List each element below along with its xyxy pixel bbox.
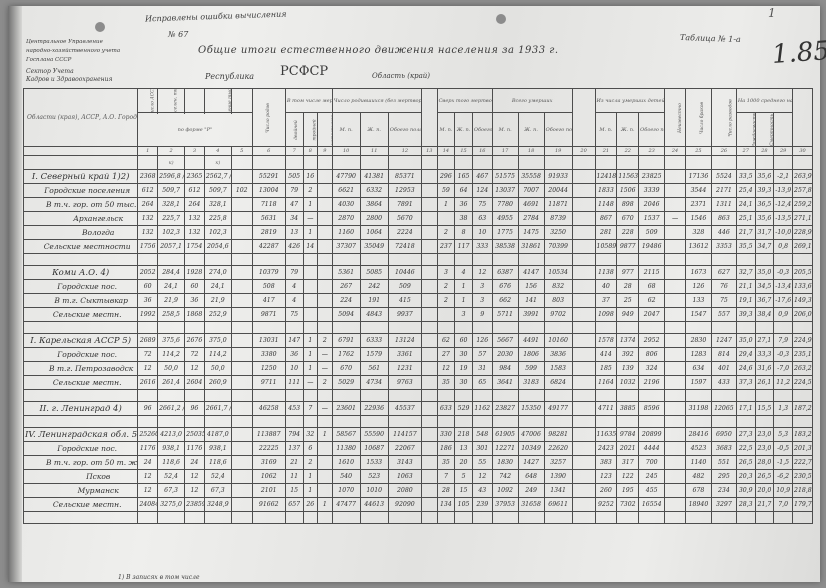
data-cell: 33,5 bbox=[736, 170, 755, 184]
data-cell bbox=[572, 376, 595, 390]
data-cell: 1 bbox=[303, 484, 318, 498]
subnote-cell bbox=[665, 156, 686, 170]
data-cell: 6621 bbox=[332, 184, 360, 198]
data-cell: 17136 bbox=[685, 170, 711, 184]
data-cell: 59 bbox=[437, 184, 455, 198]
data-cell: 648 bbox=[518, 470, 544, 484]
data-cell: 612 bbox=[185, 184, 205, 198]
data-cell bbox=[231, 428, 252, 442]
data-cell: 2952 bbox=[639, 334, 665, 348]
data-cell bbox=[422, 184, 438, 198]
region-name: Городские поселения bbox=[24, 184, 138, 198]
data-cell: 2819 bbox=[252, 226, 285, 240]
blank-cell bbox=[185, 322, 205, 334]
data-cell: 37953 bbox=[492, 498, 518, 512]
subnote-cell bbox=[388, 156, 421, 170]
data-cell: 35,0 bbox=[755, 266, 774, 280]
data-cell: 20 bbox=[455, 456, 473, 470]
data-cell: 22936 bbox=[360, 402, 388, 416]
blank-cell bbox=[492, 254, 518, 266]
data-cell: 467 bbox=[472, 170, 492, 184]
blank-cell bbox=[138, 416, 158, 428]
data-cell: 1427 bbox=[518, 456, 544, 470]
data-cell: 235,1 bbox=[793, 348, 813, 362]
data-cell: 10349 bbox=[518, 442, 544, 456]
blank-cell bbox=[774, 254, 793, 266]
data-cell: 1 bbox=[455, 294, 473, 308]
blank-cell bbox=[492, 322, 518, 334]
data-cell: 30 bbox=[455, 348, 473, 362]
data-cell: 114,2 bbox=[158, 348, 185, 362]
data-cell: 2604 bbox=[185, 376, 205, 390]
data-cell: 260,9 bbox=[204, 376, 231, 390]
blank-cell bbox=[617, 322, 639, 334]
data-cell: 228,9 bbox=[793, 226, 813, 240]
data-cell: 38,4 bbox=[755, 308, 774, 322]
data-cell bbox=[572, 402, 595, 416]
table-row: Сельские местн.1992258,51868252,99871755… bbox=[24, 308, 813, 322]
data-cell: 12 bbox=[437, 362, 455, 376]
subnote-cell bbox=[572, 156, 595, 170]
data-cell: 7 bbox=[437, 470, 455, 484]
data-cell bbox=[572, 184, 595, 198]
data-cell: 2800 bbox=[360, 212, 388, 226]
data-cell: 1250 bbox=[252, 362, 285, 376]
data-cell: 1138 bbox=[595, 266, 617, 280]
table-row: В т.ч. гор. от 50 тыс. жит.264328,126432… bbox=[24, 198, 813, 212]
data-cell bbox=[572, 226, 595, 240]
data-cell: 26 bbox=[303, 498, 318, 512]
column-header: четвернями bbox=[318, 113, 333, 147]
data-cell: 4147 bbox=[518, 266, 544, 280]
data-cell: 60 bbox=[455, 334, 473, 348]
data-cell bbox=[572, 334, 595, 348]
data-cell: 328 bbox=[685, 226, 711, 240]
subnote-cell bbox=[285, 156, 303, 170]
blank-cell bbox=[422, 512, 438, 524]
data-cell bbox=[665, 240, 686, 254]
table-row: Архангельск132225,7132225,8563134—287028… bbox=[24, 212, 813, 226]
data-cell: 16554 bbox=[639, 498, 665, 512]
group-header-stillbirths: Сверх того мертворожденных bbox=[437, 89, 492, 113]
data-cell: 37307 bbox=[332, 240, 360, 254]
data-cell: 1 bbox=[303, 334, 318, 348]
data-cell: 49177 bbox=[544, 402, 572, 416]
blank-cell bbox=[665, 322, 686, 334]
data-cell bbox=[318, 226, 333, 240]
column-number: 19 bbox=[544, 147, 572, 156]
data-cell bbox=[665, 198, 686, 212]
data-cell: 548 bbox=[472, 428, 492, 442]
data-cell bbox=[437, 212, 455, 226]
data-cell: 1098 bbox=[595, 308, 617, 322]
data-cell: 132 bbox=[138, 226, 158, 240]
subnote-cell bbox=[185, 156, 205, 170]
data-cell: 8596 bbox=[639, 402, 665, 416]
data-cell: 21 bbox=[285, 456, 303, 470]
data-cell: 7 bbox=[303, 402, 318, 416]
data-cell: 5,3 bbox=[774, 428, 793, 442]
data-cell: 676 bbox=[492, 280, 518, 294]
data-cell: 35,0 bbox=[736, 334, 755, 348]
blank-cell bbox=[318, 254, 333, 266]
data-cell: 25035 bbox=[185, 428, 205, 442]
data-cell: 2870 bbox=[332, 212, 360, 226]
data-cell: 1010 bbox=[360, 484, 388, 498]
data-cell: 105 bbox=[455, 498, 473, 512]
column-header: Число АССР bbox=[138, 89, 158, 113]
blank-cell bbox=[544, 512, 572, 524]
data-cell: 3991 bbox=[518, 308, 544, 322]
oblast-label: Область (край) bbox=[372, 72, 430, 80]
org-line: Центральное Управление bbox=[26, 38, 146, 47]
data-cell bbox=[318, 308, 333, 322]
data-cell: 62 bbox=[639, 294, 665, 308]
sector-block: Сектор Учета Кадров и Здравоохранения bbox=[26, 68, 176, 84]
blank-cell bbox=[492, 512, 518, 524]
blank-cell bbox=[665, 254, 686, 266]
data-cell: 39,3 bbox=[736, 308, 755, 322]
column-number: 29 bbox=[774, 147, 793, 156]
data-cell: 1579 bbox=[360, 348, 388, 362]
data-cell: 561 bbox=[360, 362, 388, 376]
data-cell: 4444 bbox=[639, 442, 665, 456]
data-cell bbox=[318, 456, 333, 470]
data-cell: 375,0 bbox=[204, 334, 231, 348]
blank-cell bbox=[422, 322, 438, 334]
data-cell: 2224 bbox=[388, 226, 421, 240]
table-row: Сельские местности17562057,117542054,642… bbox=[24, 240, 813, 254]
data-cell: 670 bbox=[617, 212, 639, 226]
data-cell: 31861 bbox=[518, 240, 544, 254]
blank-cell bbox=[755, 254, 774, 266]
data-cell: 12 bbox=[472, 470, 492, 484]
column-number-row: 1234567891011121314151617181920212223242… bbox=[24, 147, 813, 156]
data-cell bbox=[318, 170, 333, 184]
data-cell: 72 bbox=[185, 348, 205, 362]
data-cell: 898 bbox=[617, 198, 639, 212]
blank-cell bbox=[472, 322, 492, 334]
data-cell bbox=[303, 308, 318, 322]
data-cell: 79 bbox=[285, 184, 303, 198]
statistics-table: Области (края), АССР, А.О. Города, крупн… bbox=[23, 88, 813, 524]
data-cell: 20044 bbox=[544, 184, 572, 198]
data-cell: 218,8 bbox=[793, 484, 813, 498]
data-cell: 2689 bbox=[138, 334, 158, 348]
data-cell: 24,1 bbox=[204, 280, 231, 294]
data-cell bbox=[422, 308, 438, 322]
data-cell: -1,5 bbox=[774, 456, 793, 470]
data-cell bbox=[318, 442, 333, 456]
data-cell: 4 bbox=[285, 294, 303, 308]
column-header: Число браков bbox=[685, 89, 711, 147]
data-cell: 263,9 bbox=[793, 170, 813, 184]
blank-cell bbox=[158, 416, 185, 428]
data-cell: 2423 bbox=[595, 442, 617, 456]
data-cell: 68 bbox=[639, 280, 665, 294]
data-cell: 28 bbox=[437, 484, 455, 498]
data-cell: -7,0 bbox=[774, 362, 793, 376]
data-cell: 218 bbox=[455, 428, 473, 442]
blank-cell bbox=[138, 390, 158, 402]
data-cell: 949 bbox=[617, 308, 639, 322]
data-cell: -13,5 bbox=[774, 212, 793, 226]
po-forme-label: по форме "Р" bbox=[138, 113, 252, 147]
subnote-cell bbox=[544, 156, 572, 170]
data-cell bbox=[665, 428, 686, 442]
data-cell bbox=[231, 376, 252, 390]
blank-cell bbox=[544, 390, 572, 402]
data-cell: 1231 bbox=[388, 362, 421, 376]
data-cell: 3353 bbox=[711, 240, 736, 254]
column-number: 11 bbox=[360, 147, 388, 156]
subnote-cell bbox=[252, 156, 285, 170]
blank-cell bbox=[388, 390, 421, 402]
column-number: 25 bbox=[685, 147, 711, 156]
data-cell: 187,2 bbox=[793, 402, 813, 416]
data-cell: 1063 bbox=[388, 470, 421, 484]
blank-cell bbox=[24, 512, 138, 524]
data-cell: 700 bbox=[639, 456, 665, 470]
data-cell bbox=[572, 428, 595, 442]
data-cell: 64 bbox=[455, 184, 473, 198]
data-cell: 5361 bbox=[332, 266, 360, 280]
data-cell: 1,3 bbox=[774, 402, 793, 416]
blank-cell bbox=[138, 254, 158, 266]
data-cell bbox=[665, 226, 686, 240]
data-cell: 1597 bbox=[685, 376, 711, 390]
data-cell bbox=[231, 348, 252, 362]
blank-cell bbox=[639, 254, 665, 266]
column-header: Естественный прирост bbox=[774, 113, 793, 147]
data-cell bbox=[665, 294, 686, 308]
blank-cell bbox=[185, 512, 205, 524]
column-number: 21 bbox=[595, 147, 617, 156]
data-cell: 317 bbox=[617, 456, 639, 470]
data-cell: 657 bbox=[285, 498, 303, 512]
data-cell: 13 bbox=[285, 226, 303, 240]
data-cell bbox=[665, 456, 686, 470]
blank-cell bbox=[303, 512, 318, 524]
data-cell: 43 bbox=[472, 484, 492, 498]
data-cell: 201,3 bbox=[793, 442, 813, 456]
data-cell: 7302 bbox=[617, 498, 639, 512]
data-cell: 91933 bbox=[544, 170, 572, 184]
data-cell: 2368 bbox=[138, 170, 158, 184]
data-cell: 1311 bbox=[711, 198, 736, 212]
data-cell bbox=[422, 294, 438, 308]
data-cell: 7891 bbox=[388, 198, 421, 212]
column-header: Смертность bbox=[755, 113, 774, 147]
data-cell: 1341 bbox=[544, 484, 572, 498]
blank-cell bbox=[204, 322, 231, 334]
data-cell: 36,5 bbox=[755, 198, 774, 212]
data-cell: 33,3 bbox=[755, 348, 774, 362]
data-cell: 3248,9 bbox=[204, 498, 231, 512]
data-cell bbox=[572, 348, 595, 362]
data-cell: 6824 bbox=[544, 376, 572, 390]
column-number: 17 bbox=[492, 147, 518, 156]
region-name: Мурманск bbox=[24, 484, 138, 498]
data-cell bbox=[231, 226, 252, 240]
blank-cell bbox=[774, 390, 793, 402]
data-cell: 65 bbox=[472, 376, 492, 390]
data-cell: — bbox=[303, 212, 318, 226]
data-cell: 113887 bbox=[252, 428, 285, 442]
blank-cell bbox=[252, 390, 285, 402]
blank-cell bbox=[360, 390, 388, 402]
data-cell: 31658 bbox=[518, 498, 544, 512]
subnote-cell bbox=[455, 156, 473, 170]
column-header: Население тыс. чел. bbox=[204, 89, 231, 113]
region-name: Городские пос. bbox=[24, 348, 138, 362]
data-cell bbox=[572, 470, 595, 484]
data-cell: 58567 bbox=[332, 428, 360, 442]
data-cell: 3183 bbox=[518, 376, 544, 390]
data-cell: 28 bbox=[617, 280, 639, 294]
data-cell: 38 bbox=[455, 212, 473, 226]
data-cell: 1673 bbox=[685, 266, 711, 280]
blank-cell bbox=[518, 390, 544, 402]
data-cell: 38538 bbox=[492, 240, 518, 254]
column-number: 13 bbox=[422, 147, 438, 156]
data-cell bbox=[422, 498, 438, 512]
data-cell: 12 bbox=[185, 484, 205, 498]
data-cell bbox=[318, 294, 333, 308]
data-cell: 225,8 bbox=[204, 212, 231, 226]
region-name: Архангельск bbox=[24, 212, 138, 226]
data-cell: 18940 bbox=[685, 498, 711, 512]
table-row: Сельские местн.2616261,42604260,99711111… bbox=[24, 376, 813, 390]
subnote-cell bbox=[472, 156, 492, 170]
data-cell: 10687 bbox=[360, 442, 388, 456]
subnote-cell bbox=[793, 156, 813, 170]
blank-cell bbox=[455, 390, 473, 402]
blank-cell bbox=[685, 322, 711, 334]
table-row: Городские пос.6024,16024,150842672425092… bbox=[24, 280, 813, 294]
data-cell: 330 bbox=[437, 428, 455, 442]
data-cell: 482 bbox=[685, 470, 711, 484]
sector-line: Кадров и Здравоохранения bbox=[26, 76, 176, 84]
data-cell: 3361 bbox=[388, 348, 421, 362]
data-cell: 529 bbox=[455, 402, 473, 416]
data-cell: 4843 bbox=[360, 308, 388, 322]
data-cell bbox=[665, 334, 686, 348]
data-cell: 267 bbox=[332, 280, 360, 294]
data-cell: 2080 bbox=[388, 484, 421, 498]
table-row: Коми А.О. 4)2052284,41928274,01037979536… bbox=[24, 266, 813, 280]
column-header: Ж. п. bbox=[360, 113, 388, 147]
blank-cell bbox=[793, 390, 813, 402]
data-cell bbox=[572, 308, 595, 322]
data-cell: 36 bbox=[185, 294, 205, 308]
data-cell: 863 bbox=[711, 212, 736, 226]
data-cell: 3297 bbox=[711, 498, 736, 512]
data-cell: 2057,1 bbox=[158, 240, 185, 254]
data-cell: 3250 bbox=[544, 226, 572, 240]
blank-cell bbox=[204, 512, 231, 524]
blank-cell bbox=[595, 416, 617, 428]
data-cell: 2171 bbox=[711, 184, 736, 198]
blank-cell bbox=[455, 322, 473, 334]
data-cell: 31 bbox=[472, 362, 492, 376]
region-name: Коми А.О. 4) bbox=[24, 266, 138, 280]
blank-cell bbox=[360, 322, 388, 334]
data-cell: 147 bbox=[285, 334, 303, 348]
data-cell bbox=[665, 348, 686, 362]
data-cell: 551 bbox=[711, 456, 736, 470]
data-cell: 17,1 bbox=[736, 402, 755, 416]
data-cell: 224,9 bbox=[793, 334, 813, 348]
data-cell: 11,2 bbox=[774, 376, 793, 390]
data-cell bbox=[422, 280, 438, 294]
data-cell bbox=[231, 498, 252, 512]
data-cell bbox=[422, 470, 438, 484]
data-cell bbox=[665, 376, 686, 390]
blank-cell bbox=[158, 512, 185, 524]
data-cell: 2 bbox=[437, 280, 455, 294]
data-cell: 12 bbox=[185, 362, 205, 376]
blank-cell bbox=[185, 416, 205, 428]
section-spacer bbox=[24, 254, 813, 266]
data-cell: 455 bbox=[639, 484, 665, 498]
data-cell: 132 bbox=[185, 226, 205, 240]
data-cell: 328,1 bbox=[204, 198, 231, 212]
blank-cell bbox=[303, 390, 318, 402]
data-cell bbox=[572, 362, 595, 376]
data-cell: 23601 bbox=[332, 402, 360, 416]
blank-cell bbox=[318, 416, 333, 428]
data-cell: 1 bbox=[455, 280, 473, 294]
column-header: Рождаемость bbox=[736, 113, 755, 147]
subnote-cell bbox=[685, 156, 711, 170]
data-cell bbox=[422, 484, 438, 498]
data-cell: 1610 bbox=[332, 456, 360, 470]
data-cell: 4030 bbox=[332, 198, 360, 212]
blank-cell bbox=[332, 254, 360, 266]
data-cell bbox=[572, 498, 595, 512]
blank-cell bbox=[544, 416, 572, 428]
data-cell: 938,1 bbox=[158, 442, 185, 456]
blank-cell bbox=[285, 390, 303, 402]
region-name: Вологда bbox=[24, 226, 138, 240]
blank-cell bbox=[231, 390, 252, 402]
subnote-cell bbox=[595, 156, 617, 170]
data-cell: 2 bbox=[318, 334, 333, 348]
data-cell: 22067 bbox=[388, 442, 421, 456]
blank-cell bbox=[595, 512, 617, 524]
data-cell bbox=[572, 212, 595, 226]
data-cell: — bbox=[318, 348, 333, 362]
data-cell: 19486 bbox=[639, 240, 665, 254]
data-cell: 301 bbox=[472, 442, 492, 456]
data-cell: 4213,0 bbox=[158, 428, 185, 442]
data-cell: 1533 bbox=[360, 456, 388, 470]
data-cell: 1064 bbox=[360, 226, 388, 240]
data-cell: 1162 bbox=[472, 402, 492, 416]
data-cell: 415 bbox=[388, 294, 421, 308]
blank-cell bbox=[518, 416, 544, 428]
blank-cell bbox=[639, 390, 665, 402]
table-header-row: Области (края), АССР, А.О. Города, крупн… bbox=[24, 89, 813, 113]
data-cell: 20,3 bbox=[736, 470, 755, 484]
data-cell bbox=[422, 212, 438, 226]
blank-cell bbox=[318, 322, 333, 334]
data-cell: 36 bbox=[455, 198, 473, 212]
column-number: 10 bbox=[332, 147, 360, 156]
region-name: Сельские местн. bbox=[24, 498, 138, 512]
data-cell: 401 bbox=[711, 362, 736, 376]
